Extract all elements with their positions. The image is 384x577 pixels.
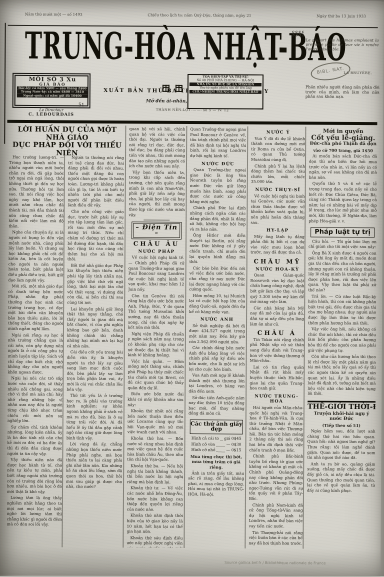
body-paragraph: Học trường lương-tri. — Trong bọn thanh … [9, 155, 64, 229]
body-paragraph: Còn tin Genève thì nói rằng bản điều ước… [128, 293, 184, 330]
body-paragraph: Chính phủ Bắc-bình tuyên bố rằng tờ giao… [249, 454, 303, 502]
country-subheader: NƯỚC HOA-KỲ [250, 267, 304, 273]
dateline-lunar: Chiếu theo lịch ta: năm Quý-Dậu, tháng n… [148, 13, 252, 18]
price-label: Hình cỡ vừa [191, 442, 215, 447]
centered-line: Cốt yếu lễ-giảng. [309, 135, 377, 141]
gallica-watermark: Source gallica.bnf.fr / Bibliothèque nat… [225, 560, 375, 565]
body-paragraph: Chính phủ Ý lại hạ lệnh đóng thêm hai ch… [251, 164, 305, 186]
quote-attribution: LA BRUYÈRE. [344, 71, 380, 75]
price-label: Hình cỡ nhỏ [191, 448, 215, 453]
country-subheader: NƯỚC TRUNG-HOA [250, 394, 304, 405]
body-paragraph: Vậy thiếu niên nào đã được học hành tử t… [7, 458, 62, 495]
body-paragraph: Anh ta ra bờ ao, quăng giậm xuống, chẳng… [307, 462, 375, 494]
country-subheader: NƯỚC PHÁP [128, 249, 184, 255]
ornament-column: §§§§§§§§§§§§ [291, 31, 304, 123]
country-subheader: NƯỚC ANH [189, 317, 245, 323]
body-paragraph: Lương tâm là ông thầy nghiêm nhặt hằng t… [7, 496, 62, 528]
masthead-title: TRUNG-HÒA NHẬT-BÁO [25, 26, 279, 70]
body-paragraph: Khoản thứ năm định thời hiệu của tờ giao… [127, 513, 183, 535]
body-paragraph: Ngài nói rằng: sự học ở nhà trường chẳng… [8, 333, 63, 376]
office-box-line: CHỦ-NHIỆM TRUNG-HÒA NHẬT-BÁO [189, 90, 261, 94]
body-paragraph: Điều ước bốn nước đại khái có mấy khoản … [128, 392, 184, 408]
body-paragraph: Câu hỏi. — Tôi gửi báo làm ơn chỉ giùm c… [308, 239, 376, 250]
dateline-issue: Năm thứ mười một — số 1493 [25, 12, 83, 17]
column-3: quan hệ với xã hội, chính quan hệ với cá… [127, 127, 186, 548]
body-paragraph: Ông Hitler mới diễn thuyết tại Berlin, n… [189, 233, 245, 265]
price-line: Hình cả cái togiá 0$45 [191, 436, 241, 442]
price-value: giá 0$45 [224, 436, 241, 441]
price-leader-dots [220, 440, 222, 441]
body-paragraph: Trả lời. — Cứ như luật Bắc-kỳ hiện hành,… [308, 294, 376, 326]
body-paragraph: Tin Thượng-hải nói rằng việc buôn bán ở … [249, 530, 303, 546]
price-line: Hình cỡ nhỏ— 0$15 [191, 448, 241, 454]
body-paragraph: Về cuộc hội nghị kinh tế. — Chính phủ Ph… [128, 255, 184, 292]
body-paragraph-continuation: quan hệ với xã hội, chính quan hệ với cá… [129, 127, 185, 170]
body-paragraph: Ngài lại nói: các trò sắp bước vào cuộc … [7, 376, 62, 424]
article-headline: LỜI HUẤN DỤ CỦA MỘT NHÀ GIÁO DỤC PHÁP ĐỐ… [9, 126, 125, 158]
divider-rule [144, 220, 170, 221]
body-paragraph: Ảnh in trên giấy tốt, màu sắc rõ ràng, đ… [188, 471, 244, 498]
body-paragraph: Cho nên công việc giáo dục, trước hết ph… [67, 209, 123, 262]
section-header: CHÂU Á [250, 330, 304, 336]
body-paragraph-continuation: Quan Trưởng-thư ngoại giao Paul Boncour … [190, 127, 246, 159]
body-paragraph: Việc hải quân. — Hôm mồng một tháng sáu,… [128, 359, 184, 391]
body-paragraph: Quyển thứ 5 và 6 về các lễ trọng trong đ… [309, 181, 377, 224]
section-header: CHÂU MỸ [250, 259, 304, 265]
body-paragraph: Hôm mồng 10, tại Munich lại có cuộc hội … [189, 293, 245, 315]
price-value: — 0$30 [226, 442, 241, 447]
issue-number: 51 [78, 102, 88, 108]
body-paragraph: Tin Tokio nói rằng chính phủ Nhật sắp cử… [250, 337, 304, 364]
column-4: Quan Trưởng-thư ngoại giao Paul Boncour … [188, 127, 247, 548]
boxed-column-header: Pháp luật tự trị [311, 227, 375, 237]
country-subheader: NƯỚC Ý [251, 130, 305, 136]
body-paragraph: Khoản thứ hai. — Bốn nước sẽ cùng nhau b… [127, 436, 183, 463]
body-paragraph: Chính phủ Nam-kinh đã cử ông Tống-tử-Văn… [249, 503, 303, 530]
body-paragraph: Người ta thường nói rằng trí tuệ cùng đạ… [68, 155, 124, 208]
body-paragraph: Khoản thứ tư. — Về việc các nước nhỏ bên… [127, 486, 183, 513]
price-box-detail: Ngoại-quốc: cả năm gửi đủ 10$00 [17, 94, 88, 98]
body-paragraph: Khoản thứ nhất nói rằng bốn nước thuận t… [127, 409, 183, 436]
body-paragraph: Ai muốn bán sách Đức-cha đã dọn thì nên … [309, 154, 377, 181]
headline-line-1: LỜI HUẤN DỤ CỦA MỘT NHÀ GIÁO [9, 126, 125, 142]
country-subheader: HY-LẠP [251, 228, 305, 234]
ad-box-header: Các thứ ảnh giấy đẹp [190, 419, 243, 434]
body-paragraph: Sự chăm chỉ, tính khiêm nhường, lòng kiê… [7, 425, 62, 457]
centered-line: (Tiếp theo số 51) [307, 423, 375, 429]
scan-edge-line [4, 23, 6, 144]
column-2: Người ta thường nói rằng trí tuệ cùng đạ… [66, 155, 124, 547]
body-paragraph: Nghị viện Pháp đã chuẩn y ngân sách năm … [128, 332, 184, 359]
price-leader-dots [217, 452, 225, 453]
body-paragraph: Ông Bá X sinh được 4 người con gái; khi … [308, 251, 376, 294]
body-paragraph: Vậy việc ông hỏi, nếu không có chúc thư … [308, 327, 376, 354]
body-paragraph: Chính phủ Đức lại định những cách ngăn c… [190, 206, 246, 233]
body-paragraph: Hai người của Mãn-châu-quốc hội nghị với… [249, 405, 303, 453]
body-paragraph: Thứ tất yếu là ở trường học ra, là phải … [66, 393, 122, 441]
price-value: — 0$15 [226, 448, 241, 453]
body-paragraph: Lời vàng đá ấy, chẳng những bọn thiếu ni… [66, 442, 122, 490]
body-paragraph: Sở thất nghiệp đã bớt đi được 434.527 ng… [189, 323, 245, 345]
body-paragraph: Khoản thứ ba. — Nếu hội nghị tài binh kh… [127, 464, 183, 486]
body-paragraph: Ngày hôm sau, đến lượt anh chàng thứ hai… [307, 429, 375, 461]
column-1: Học trường lương-tri. — Trong bọn thanh … [7, 155, 64, 547]
masthead-rule [7, 120, 377, 125]
feature-section-header: THẾ-GIỚI THỜI-ĐÀM [308, 401, 376, 410]
body-paragraph: Quan Trưởng-thư ngoại giao Đức là ông Vo… [190, 168, 246, 205]
vietnamese-quote: Phần nhiều người dùng nửa phần đời trước… [305, 85, 379, 100]
office-box: TÒA BIÊN-TẬP VÀ TRỊ-SỰ: Số 48 PHỐ NHÀ CH… [187, 74, 263, 109]
body-paragraph: Nghe câu chuyện ấy, ai là người có bụng … [8, 230, 63, 283]
price-label: Hình cả cái to [191, 436, 219, 441]
body-paragraph: Bởi thế nhà giáo dục Pháp kia khuyên bọn… [67, 263, 123, 306]
dateline: Năm thứ mười một — số 1493 Chiếu theo lị… [8, 12, 378, 19]
country-subheader: NƯỚC ĐỨC [190, 161, 246, 167]
body-paragraph: Các báo bên Đức đều nói về việc điều ước… [189, 266, 245, 293]
body-paragraph: Vậy bọn thiếu niên ta, trong khi cắp sác… [129, 170, 185, 218]
body-paragraph: Về cuộc hội nghị tài binh tại Genève, cá… [251, 194, 305, 226]
centered-line: Truyện khôi-hài ngụ ý nước Đức [307, 411, 375, 422]
column-6: Mới in quyểnCốt yếu lễ-giảng.Đức-cha phó… [307, 128, 378, 549]
section-header: CHÂU ÂU [128, 241, 184, 247]
director-block: Le Directeur C. LEBOURDAIS [14, 108, 88, 117]
body-paragraph: Các nhà băng bên Mỹ nay đã mở cửa lại gầ… [250, 306, 304, 328]
price-leader-dots [216, 446, 224, 447]
body-paragraph: Quan Giám-quốc Roosevelt vừa ký đạo luật… [250, 273, 304, 305]
centered-line: Đức-cha phó Thịnh đã dọn [309, 141, 377, 147]
director-name: C. LEBOURDAIS [14, 112, 88, 117]
centered-line: Mua từng chục thì bớt, mua từng trăm có … [188, 454, 244, 470]
body-paragraph: Lại khuyên phải giữ lòng thật thà ngay t… [67, 307, 123, 350]
body-paragraph: Mới rồi, một nhà giáo dục có danh tiếng … [8, 284, 63, 332]
body-paragraph: Cái điều cốt yếu trong bài diễn văn ấy, … [67, 350, 123, 393]
body-paragraph: Sở đúc tiền Anh-quốc năm nay đúc thêm 10… [188, 395, 244, 417]
dateline-date: Ngày thứ ba 13 Juin 1933 [316, 14, 365, 19]
body-paragraph: Các chính đảng bên nước Anh đều bằng lòn… [189, 346, 245, 373]
column-5: NƯỚC ÝVua Ý đã đi dự lễ khánh thành con … [249, 127, 306, 548]
body-paragraph: Vua Ý đã đi dự lễ khánh thành con đường … [251, 136, 305, 163]
french-quote: La plupart des hommes emploient la premi… [306, 38, 379, 52]
body-paragraph: Mấy ông lãnh tụ đảng phản đối bị bắt vì … [250, 234, 304, 256]
body-paragraph: Khoản thứ sáu định điều ước nầy phải đượ… [127, 535, 183, 547]
centered-line: vào cỡ 700 trang, giá 1$50 [309, 148, 377, 154]
newspaper-scan: Năm thứ mười một — số 1493 Chiếu theo lị… [0, 0, 384, 576]
country-subheader: NƯỚC THỤY-SĨ [251, 187, 305, 193]
body-paragraph: Lại có tin rằng quân Nhật đã rút khỏi mấ… [250, 365, 304, 392]
body-paragraph: Vua Anh mới ngự lễ khánh thành một nhà t… [189, 373, 245, 395]
telegram-ornament-box: Điện Tin [133, 223, 180, 238]
body-paragraph: Còn như của hương hỏa thì theo lệ chỉ đư… [308, 354, 376, 397]
price-line: Hình cỡ vừa— 0$30 [191, 442, 241, 448]
